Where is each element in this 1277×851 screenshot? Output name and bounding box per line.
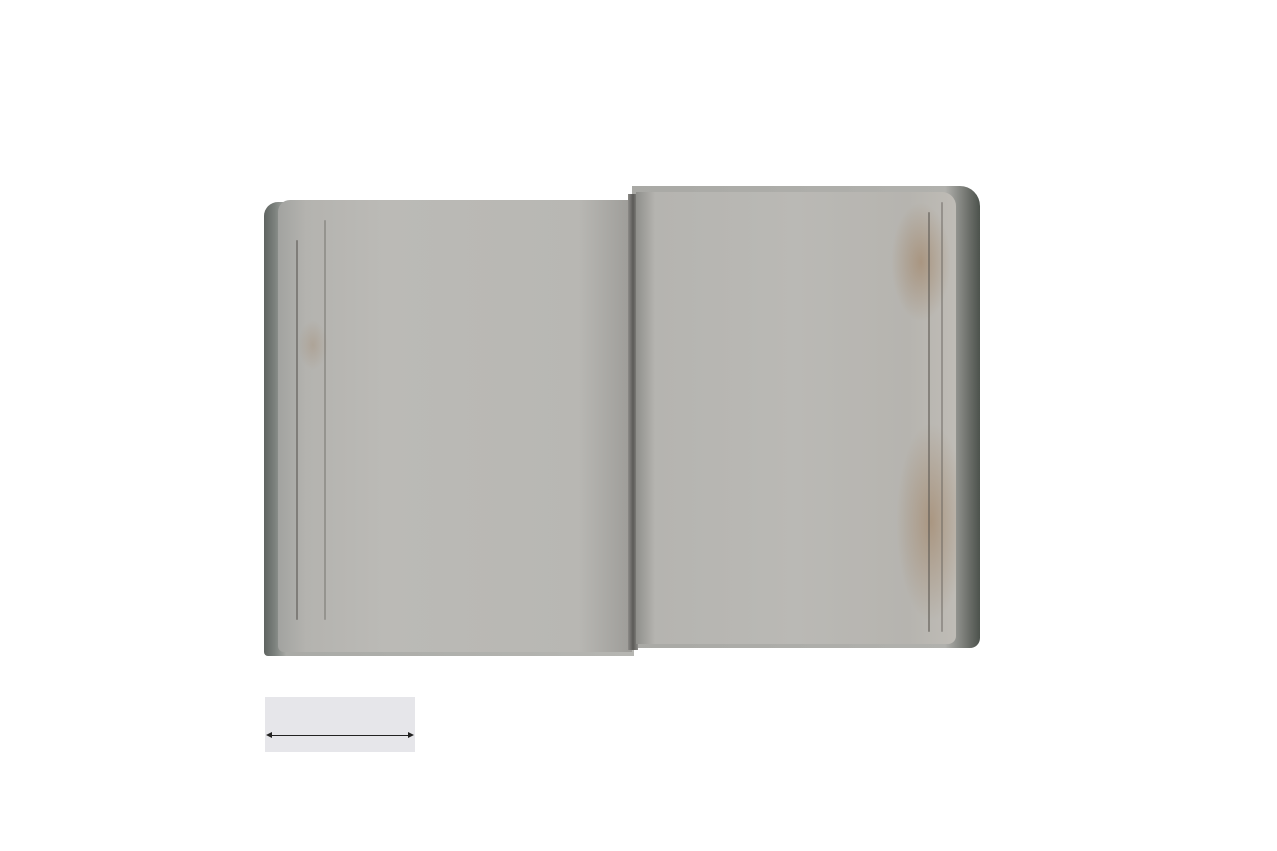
page-edge-crease xyxy=(296,240,298,620)
water-stain xyxy=(298,320,328,370)
scale-checker-pattern xyxy=(265,697,415,729)
left-page xyxy=(278,200,632,652)
page-edge-crease xyxy=(324,220,326,620)
page-edge-crease xyxy=(941,202,943,632)
water-stain xyxy=(896,422,956,622)
scale-bar xyxy=(265,697,415,752)
manuscript-book xyxy=(264,186,980,656)
right-page xyxy=(636,192,956,644)
page-edge-crease xyxy=(928,212,930,632)
scale-arrow-icon xyxy=(269,735,411,736)
